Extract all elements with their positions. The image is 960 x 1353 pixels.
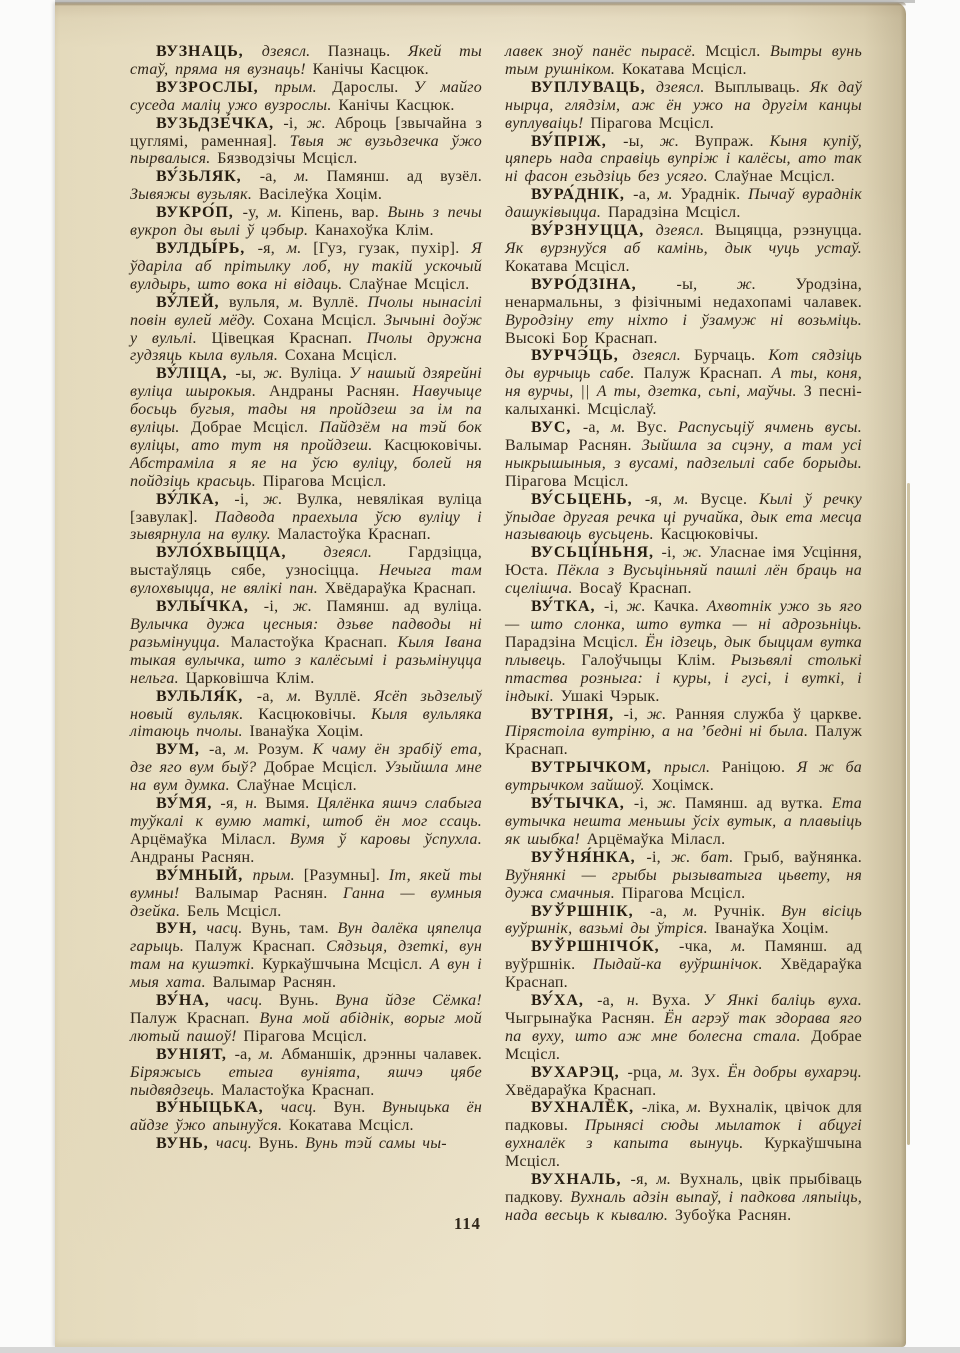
dictionary-entry: ВУ́ЗЬЛЯК, -а, м. Памянш. ад вузёл. Зывяж… bbox=[130, 168, 482, 204]
headword: ВУЗРОСЛЫ, bbox=[156, 79, 275, 96]
italic-text: м. bbox=[294, 168, 326, 185]
plain-text: Царковішча Клім. bbox=[186, 670, 315, 687]
headword: ВУЛДЫ́РЬ, bbox=[156, 240, 258, 257]
plain-text: Андраны Раснян. bbox=[130, 849, 255, 866]
plain-text: -і, bbox=[264, 598, 293, 615]
plain-text: Вымя. bbox=[265, 795, 317, 812]
plain-text: Сохана Мсцісл. bbox=[263, 312, 384, 329]
headword: ВУТРЫЧКОМ, bbox=[531, 759, 664, 776]
plain-text: Маластоўка Краснап. bbox=[231, 634, 398, 651]
italic-text: м. bbox=[658, 186, 680, 203]
plain-text: -і, bbox=[604, 598, 626, 615]
plain-text: Ранняя служба ў царкве. bbox=[675, 706, 862, 723]
dictionary-entry: ВУКРО́П, -у, м. Кіпень, вар. Вынь з печы… bbox=[130, 204, 482, 240]
headword: ВУСЬЦІ́НЬНЯ, bbox=[531, 544, 661, 561]
plain-text: -я, bbox=[220, 795, 245, 812]
italic-text: прым. bbox=[275, 79, 333, 96]
dictionary-entry: ВУН, часц. Вунь, там. Вун далёка цяпелца… bbox=[130, 920, 482, 992]
plain-text: Вунь. bbox=[259, 1135, 305, 1152]
italic-text: м. bbox=[235, 741, 258, 758]
plain-text: Слаўнае Мсцісл. bbox=[349, 276, 469, 293]
italic-text: ж. bbox=[626, 598, 653, 615]
plain-text: Пірагова Мсцісл. bbox=[590, 115, 714, 132]
italic-text: Пірястоіла вутріню, а на ’бедні ні была. bbox=[505, 723, 815, 740]
headword: ВУ́РЗНУЦЦА, bbox=[531, 222, 656, 239]
plain-text: Добрае Мсцісл. bbox=[191, 419, 319, 436]
plain-text: Дарослы. bbox=[332, 79, 414, 96]
headword: ВУРА́ДНІК, bbox=[531, 186, 633, 203]
italic-text: ж. bbox=[660, 133, 695, 150]
headword: ВУХНАЛЬ, bbox=[531, 1171, 631, 1188]
plain-text: Ураднік. bbox=[680, 186, 748, 203]
plain-text: Парадзіна Мсцісл. bbox=[608, 204, 741, 221]
italic-text: м. bbox=[731, 938, 765, 955]
headword: ВУЎРШНІЧО́К, bbox=[531, 938, 679, 955]
plain-text: Абманшік, дрэнны чалавек. bbox=[281, 1046, 482, 1063]
italic-text: ж. bbox=[293, 598, 327, 615]
dictionary-entry: ВУЛО́ХВЫЦЦА, дзеясл. Гардзіцца, выстаўля… bbox=[130, 544, 482, 598]
dictionary-entry: ВУС, -а, м. Вус. Распусьціў ячмень вусы.… bbox=[505, 419, 862, 491]
italic-text: м. bbox=[687, 1099, 709, 1116]
plain-text: Бурчаць. bbox=[694, 347, 768, 364]
dictionary-entry: ВУХАРЭЦ, -рца, м. Зух. Ён добры вухарэц.… bbox=[505, 1064, 862, 1100]
headword: ВУ́ЛКА, bbox=[156, 491, 234, 508]
dictionary-entry: ВУ́НЫЦЬКА, часц. Вун. Вуныцька ён айдзе … bbox=[130, 1099, 482, 1135]
headword: ВУХНАЛЁК, bbox=[531, 1099, 642, 1116]
headword: ВУ́ХА, bbox=[531, 992, 597, 1009]
headword: ВУРЧЭ́ЦЬ, bbox=[531, 347, 632, 364]
dictionary-entry: ВУ́МЯ, -я, н. Вымя. Цялёнка яшчэ слабыга… bbox=[130, 795, 482, 867]
italic-text: часц. bbox=[227, 992, 279, 1009]
plain-text: Арцёмаўка Міласл. bbox=[587, 831, 726, 848]
headword: ВУ́ТЫЧКА, bbox=[531, 795, 634, 812]
headword: ВУС, bbox=[531, 419, 583, 436]
plain-text: Васілеўка Хоцім. bbox=[259, 186, 382, 203]
plain-text: Вус. bbox=[637, 419, 678, 436]
italic-text: ж. bbox=[647, 706, 675, 723]
plain-text: [Гуз, гузак, пухір]. bbox=[313, 240, 471, 257]
dictionary-entry: ВУ́ПРІЖ, -ы, ж. Вупраж. Кыня купіў, цяпе… bbox=[505, 133, 862, 187]
italic-text: м. bbox=[611, 419, 637, 436]
plain-text: Андраны Раснян. bbox=[269, 383, 412, 400]
scan-edge-bottom bbox=[0, 1347, 960, 1353]
italic-text: Як вурзнуўся аб камінь, дык чуць устаў. bbox=[505, 240, 862, 257]
headword: ВУЛЫ́ЧКА, bbox=[156, 598, 264, 615]
italic-text: ж. bbox=[737, 276, 796, 293]
plain-text: Бязводзічы Мсцісл. bbox=[217, 150, 357, 167]
headword: ВУПЛУВАЦЬ, bbox=[531, 79, 656, 96]
headword: ВУЎНЯ́НКА, bbox=[531, 849, 646, 866]
plain-text: Ручнік. bbox=[714, 903, 781, 920]
italic-text: Вунь тэй самы чы- bbox=[305, 1135, 447, 1152]
headword: ВУН, bbox=[156, 920, 207, 937]
right-text-column: лавек зноў панёс пырасё. Мсцісл. Вытры в… bbox=[505, 43, 862, 1225]
italic-text: Пыдай-ка вуўршнічок. bbox=[593, 956, 780, 973]
plain-text: Кокатава Мсцісл. bbox=[505, 258, 630, 275]
plain-text: Касцюковічы. bbox=[384, 437, 482, 454]
plain-text: Палуж Краснап. bbox=[644, 365, 772, 382]
plain-text: -ліка, bbox=[642, 1099, 687, 1116]
plain-text: Палуж Краснап. bbox=[130, 1010, 260, 1027]
italic-text: м. bbox=[287, 240, 313, 257]
entry-continuation: лавек зноў панёс пырасё. Мсцісл. Вытры в… bbox=[505, 43, 862, 79]
headword: ВУ́НЫЦЬКА, bbox=[156, 1099, 281, 1116]
dictionary-entry: ВУЎРШНІК, -а, м. Ручнік. Вун вісіць вуўр… bbox=[505, 903, 862, 939]
plain-text: Памянш. ад вутка. bbox=[685, 795, 832, 812]
plain-text: -ы, bbox=[677, 276, 737, 293]
dictionary-entry: ВУЎНЯ́НКА, -і, ж. бат. Грыб, ваўнянка. В… bbox=[505, 849, 862, 903]
headword: ВУМ, bbox=[156, 741, 209, 758]
plain-text: Куркаўшчына Мсцісл. bbox=[262, 956, 430, 973]
plain-text: -чка, bbox=[679, 938, 731, 955]
plain-text: -а, bbox=[209, 741, 235, 758]
plain-text: Вунь, там. bbox=[251, 920, 337, 937]
headword: ВУ́СЬЦЕНЬ, bbox=[531, 491, 645, 508]
dictionary-entry: ВУ́РЗНУЦЦА, дзеясл. Выцяцца, рэзнуцца. Я… bbox=[505, 222, 862, 276]
dictionary-entry: ВУМ, -а, м. Розум. К чаму ён зрабіў ета,… bbox=[130, 741, 482, 795]
dictionary-entry: ВУНЬ, часц. Вунь. Вунь тэй самы чы- bbox=[130, 1135, 482, 1153]
italic-text: ж. bbox=[264, 365, 291, 382]
plain-text: Канічы Касцюк. bbox=[313, 61, 429, 78]
plain-text: Зух. bbox=[691, 1064, 727, 1081]
plain-text: Высокі Бор Краснап. bbox=[505, 330, 658, 347]
dictionary-entry: ВУХНАЛЬ, -я, м. Вухналь, цвік прыбіваць … bbox=[505, 1171, 862, 1225]
italic-text: прысл. bbox=[664, 759, 722, 776]
plain-text: -а, bbox=[257, 688, 287, 705]
plain-text: -а, bbox=[633, 186, 658, 203]
italic-text: м. bbox=[674, 491, 700, 508]
dictionary-entry: ВУТРІНЯ, -і, ж. Ранняя служба ў царкве. … bbox=[505, 706, 862, 760]
headword: ВУЛО́ХВЫЦЦА, bbox=[156, 544, 323, 561]
plain-text: -і, bbox=[646, 849, 671, 866]
dictionary-entry: ВУЗНАЦЬ, дзеясл. Пазнаць. Якей ты стаў, … bbox=[130, 43, 482, 79]
italic-text: дзеясл. bbox=[262, 43, 328, 60]
plain-text: -а, bbox=[597, 992, 627, 1009]
dictionary-entry: ВУРО́ДЗІНА, -ы, ж. Уродзіна, ненармальны… bbox=[505, 276, 862, 348]
plain-text: Галоўчыцы Клім. bbox=[581, 652, 730, 669]
italic-text: м. bbox=[289, 294, 313, 311]
plain-text: Добрае Мсцісл. bbox=[264, 759, 385, 776]
dictionary-entry: ВУ́НА, часц. Вунь. Вуна йдзе Сёмка! Палу… bbox=[130, 992, 482, 1046]
plain-text: -а, bbox=[650, 903, 683, 920]
italic-text: ж. bbox=[657, 795, 685, 812]
plain-text: Раніцою. bbox=[722, 759, 797, 776]
italic-text: ж. бат. bbox=[671, 849, 744, 866]
plain-text: Маластоўка Краснап. bbox=[221, 1082, 374, 1099]
plain-text: Вупраж. bbox=[695, 133, 770, 150]
plain-text: Маластоўка Краснап. bbox=[278, 526, 431, 543]
plain-text: Кокатава Мсцісл. bbox=[622, 61, 747, 78]
dictionary-entry: ВУЗЬДЗЕ́ЧКА, -і, ж. Аброць [звычайна з ц… bbox=[130, 115, 482, 169]
headword: ВУ́ЛІЦА, bbox=[156, 365, 235, 382]
plain-text: Пірагова Мсцісл. bbox=[505, 473, 629, 490]
plain-text: Канахоўка Клім. bbox=[315, 222, 434, 239]
dictionary-entry: ВУЛЬЛЯ́К, -а, м. Вуллё. Ясёп зьдзелыў но… bbox=[130, 688, 482, 742]
plain-text: -і, bbox=[624, 706, 647, 723]
headword: ВУЎРШНІК, bbox=[531, 903, 650, 920]
headword: ВУХАРЭЦ, bbox=[531, 1064, 628, 1081]
plain-text: -я, bbox=[631, 1171, 657, 1188]
plain-text: Вуха. bbox=[652, 992, 703, 1009]
headword: ВУ́НА, bbox=[156, 992, 227, 1009]
dictionary-entry: ВУЗРОСЛЫ, прым. Дарослы. У майго суседа … bbox=[130, 79, 482, 115]
dictionary-entry: ВУ́ТЫЧКА, -і, ж. Памянш. ад вутка. Ета в… bbox=[505, 795, 862, 849]
headword: ВУ́ЗЬЛЯК, bbox=[156, 168, 260, 185]
plain-text: Розум. bbox=[258, 741, 312, 758]
headword: ВУРО́ДЗІНА, bbox=[531, 276, 677, 293]
plain-text: Мсцісл. bbox=[705, 43, 770, 60]
italic-text: дзеясл. bbox=[632, 347, 694, 364]
plain-text: Слаўнае Мсцісл. bbox=[715, 168, 835, 185]
italic-text: часц. bbox=[281, 1099, 334, 1116]
plain-text: Цівецкая Краснап. bbox=[212, 330, 367, 347]
italic-text: дзеясл. bbox=[656, 79, 715, 96]
plain-text: Пазнаць. bbox=[328, 43, 408, 60]
italic-text: м. bbox=[683, 903, 714, 920]
italic-text: Вуна йдзе Сёмка! bbox=[335, 992, 482, 1009]
plain-text: Сохана Мсцісл. bbox=[285, 347, 397, 364]
dictionary-entry: ВУХНАЛЁК, -ліка, м. Вухналік, цвічок для… bbox=[505, 1099, 862, 1171]
italic-text: дзеясл. bbox=[323, 544, 408, 561]
plain-text: Валымар Раснян. bbox=[505, 437, 642, 454]
dictionary-entry: ВУ́СЬЦЕНЬ, -я, м. Вусце. Кылі ў речку ўп… bbox=[505, 491, 862, 545]
plain-text: Вусце. bbox=[701, 491, 759, 508]
plain-text: -ы, bbox=[235, 365, 263, 382]
plain-text: Арцёмаўка Міласл. bbox=[130, 831, 290, 848]
plain-text: Ушакі Чэрык. bbox=[561, 688, 660, 705]
headword: ВУЛЬЛЯ́К, bbox=[156, 688, 257, 705]
italic-text: дзеясл. bbox=[656, 222, 715, 239]
dictionary-entry: ВУЛЫ́ЧКА, -і, ж. Памянш. ад вуліца. Вулы… bbox=[130, 598, 482, 688]
plain-text: Зубоўка Раснян. bbox=[675, 1207, 791, 1224]
italic-text: ж. bbox=[683, 544, 709, 561]
plain-text: -а, bbox=[583, 419, 611, 436]
headword: ВУЗНАЦЬ, bbox=[156, 43, 262, 60]
dictionary-entry: ВУПЛУВАЦЬ, дзеясл. Выплываць. Як даў ныр… bbox=[505, 79, 862, 133]
scanned-book-page: ВУЗНАЦЬ, дзеясл. Пазнаць. Якей ты стаў, … bbox=[0, 0, 960, 1353]
plain-text: Іванаўка Хоцім. bbox=[250, 723, 364, 740]
plain-text: Хоцімск. bbox=[651, 777, 714, 794]
plain-text: [Разумны]. bbox=[304, 867, 389, 884]
plain-text: -я, bbox=[258, 240, 287, 257]
plain-text: Валымар Раснян. bbox=[213, 974, 337, 991]
plain-text: Памянш. ад вузёл. bbox=[327, 168, 482, 185]
italic-text: н. bbox=[627, 992, 652, 1009]
page-number: 114 bbox=[454, 1214, 518, 1234]
italic-text: часц. bbox=[216, 1135, 259, 1152]
plain-text: Восаў Краснап. bbox=[579, 580, 691, 597]
dictionary-entry: ВУ́МНЫЙ, прым. [Разумны]. Іт, якей ты ву… bbox=[130, 867, 482, 921]
plain-text: Іванаўка Хоцім. bbox=[715, 920, 829, 937]
plain-text: Вун. bbox=[333, 1099, 382, 1116]
plain-text: Касцюковічы. bbox=[661, 526, 759, 543]
plain-text: -і, bbox=[661, 544, 682, 561]
plain-text: Касцюковічы. bbox=[258, 706, 371, 723]
italic-text: часц. bbox=[207, 920, 252, 937]
italic-text: м. bbox=[656, 1171, 679, 1188]
plain-text: Кокатава Мсцісл. bbox=[289, 1117, 414, 1134]
italic-text: ж. bbox=[263, 491, 297, 508]
italic-text: лавек зноў панёс пырасё. bbox=[505, 43, 705, 60]
plain-text: Кіпень, вар. bbox=[291, 204, 388, 221]
dictionary-entry: ВУЎРШНІЧО́К, -чка, м. Памянш. ад вуўршні… bbox=[505, 938, 862, 992]
underlying-page-edge bbox=[907, 483, 910, 1145]
plain-text: Выцяцца, рэзнуцца. bbox=[715, 222, 862, 239]
dictionary-entry: ВУТРЫЧКОМ, прысл. Раніцою. Я ж ба вутрыч… bbox=[505, 759, 862, 795]
plain-text: Пірагова Мсцісл. bbox=[263, 473, 387, 490]
dictionary-entry: ВУЛДЫ́РЬ, -я, м. [Гуз, гузак, пухір]. Я … bbox=[130, 240, 482, 294]
plain-text: -і, bbox=[234, 491, 263, 508]
plain-text: Канічы Касцюк. bbox=[338, 97, 454, 114]
plain-text: Вуллё. bbox=[312, 294, 367, 311]
plain-text: Вуллё. bbox=[315, 688, 374, 705]
plain-text: -рца, bbox=[628, 1064, 670, 1081]
headword: ВУ́МЯ, bbox=[156, 795, 220, 812]
plain-text: Чыгрынаўка Раснян. bbox=[505, 1010, 664, 1027]
italic-text: Вумя ў каровы ўспухла. bbox=[290, 831, 482, 848]
headword: ВУЗЬДЗЕ́ЧКА, bbox=[156, 115, 283, 132]
plain-text: Пірагова Мсцісл. bbox=[243, 1028, 367, 1045]
dictionary-entry: ВУРА́ДНІК, -а, м. Ураднік. Пычаў вурадні… bbox=[505, 186, 862, 222]
plain-text: -я, bbox=[645, 491, 674, 508]
plain-text: Парадзіна Мсцісл. bbox=[505, 634, 645, 651]
headword: ВУТРІНЯ, bbox=[531, 706, 624, 723]
left-text-column: ВУЗНАЦЬ, дзеясл. Пазнаць. Якей ты стаў, … bbox=[130, 43, 482, 1153]
italic-text: Распусьціў ячмень вусы. bbox=[678, 419, 862, 436]
italic-text: Вуродзіну ету ніхто і ўзамуж ні возьміць… bbox=[505, 312, 862, 329]
plain-text: Пірагова Мсцісл. bbox=[622, 885, 746, 902]
dictionary-entry: ВУРЧЭ́ЦЬ, дзеясл. Бурчаць. Кот сядзіць д… bbox=[505, 347, 862, 419]
italic-text: У Янкі баліць вуха. bbox=[703, 992, 862, 1009]
dictionary-entry: ВУ́ХА, -а, н. Вуха. У Янкі баліць вуха. … bbox=[505, 992, 862, 1064]
plain-text: -у, bbox=[243, 204, 268, 221]
plain-text: Вуліца. bbox=[290, 365, 349, 382]
italic-text: м. bbox=[259, 1046, 281, 1063]
italic-text: м. bbox=[669, 1064, 691, 1081]
plain-text: -і, bbox=[283, 115, 306, 132]
headword: ВУНІЯТ, bbox=[156, 1046, 235, 1063]
dictionary-entry: ВУ́ЛЕЙ, вульля, м. Вуллё. Пчолы нынасілі… bbox=[130, 294, 482, 366]
headword: ВУКРО́П, bbox=[156, 204, 243, 221]
italic-text: Зывяжы вузьляк. bbox=[130, 186, 259, 203]
plain-text: Палуж Краснап. bbox=[195, 938, 326, 955]
plain-text: Хвёдараўка Краснап. bbox=[505, 1082, 656, 1099]
italic-text: м. bbox=[268, 204, 291, 221]
plain-text: Бель Мсцісл. bbox=[187, 903, 282, 920]
italic-text: прым. bbox=[253, 867, 304, 884]
dictionary-entry: ВУНІЯТ, -а, м. Абманшік, дрэнны чалавек.… bbox=[130, 1046, 482, 1100]
plain-text: Слаўнае Мсцісл. bbox=[237, 777, 357, 794]
italic-text: м. bbox=[287, 688, 315, 705]
headword: ВУ́ЛЕЙ, bbox=[156, 294, 229, 311]
dictionary-entry: ВУСЬЦІ́НЬНЯ, -і, ж. Уласнае імя Усціння,… bbox=[505, 544, 862, 598]
plain-text: Вунь. bbox=[279, 992, 335, 1009]
plain-text: Валымар Раснян. bbox=[195, 885, 343, 902]
plain-text: -а, bbox=[260, 168, 295, 185]
dictionary-entry: ВУ́ЛКА, -і, ж. Вулка, невялікая вуліца [… bbox=[130, 491, 482, 545]
plain-text: -і, bbox=[634, 795, 657, 812]
plain-text: Качка. bbox=[654, 598, 707, 615]
headword: ВУ́ПРІЖ, bbox=[531, 133, 623, 150]
plain-text: Грыб, ваўнянка. bbox=[744, 849, 862, 866]
italic-text: н. bbox=[245, 795, 265, 812]
plain-text: -а, bbox=[235, 1046, 259, 1063]
paper-page: ВУЗНАЦЬ, дзеясл. Пазнаць. Якей ты стаў, … bbox=[55, 2, 906, 1347]
plain-text: Хвёдараўка Краснап. bbox=[325, 580, 476, 597]
italic-text: ж. bbox=[306, 115, 334, 132]
plain-text: Памянш. ад вуліца. bbox=[327, 598, 482, 615]
plain-text: -ы, bbox=[623, 133, 660, 150]
headword: ВУ́ТКА, bbox=[531, 598, 604, 615]
plain-text: вульля, bbox=[229, 294, 289, 311]
italic-text: Ён добры вухарэц. bbox=[728, 1064, 862, 1081]
dictionary-entry: ВУ́ЛІЦА, -ы, ж. Вуліца. У нашый дзярейні… bbox=[130, 365, 482, 490]
headword: ВУНЬ, bbox=[156, 1135, 216, 1152]
dictionary-entry: ВУ́ТКА, -і, ж. Качка. Ахвотнік ужо зь яг… bbox=[505, 598, 862, 705]
headword: ВУ́МНЫЙ, bbox=[156, 867, 253, 884]
plain-text: Выплываць. bbox=[714, 79, 809, 96]
